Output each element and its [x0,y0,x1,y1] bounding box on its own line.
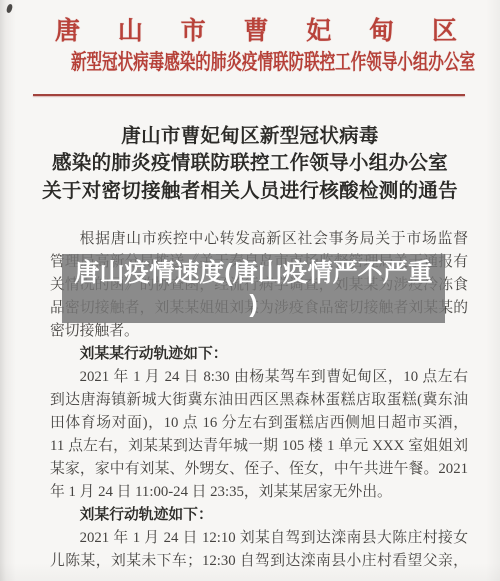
letterhead-subtitle-wrap: 新型冠状病毒感染的肺炎疫情联防联控工作领导小组办公室 [0,46,500,76]
body-line: 密切接触者。 [50,320,468,343]
body-heading-line: 刘某行动轨迹如下： [50,504,468,527]
letterhead-org-name-char: 唐 [55,11,80,47]
caption-overlay-line1: 唐山疫情速度(唐山疫情严不严重 [74,258,432,289]
body-line: 年 1 月 24 日 11:00-24 日 23:35，刘某某居家无外出。 [50,481,468,504]
letterhead-org-name: 唐山市曹妃甸区 [55,11,457,41]
letterhead-org-name-char: 山 [118,11,143,47]
letterhead-subtitle: 新型冠状病毒感染的肺炎疫情联防联控工作领导小组办公室 [71,46,475,76]
letterhead-org-name-char: 曹 [243,11,268,47]
body-heading-line: 刘某某行动轨迹如下： [50,343,468,366]
caption-overlay-line2: ) [249,289,257,320]
body-line: 儿陈某，刘某未下车；12:30 自驾到达滦南县小庄村看望父亲， [50,550,468,573]
body-line: 2021 年 1 月 24 日 8:30 由杨某驾车到曹妃甸区，10 点左右 [50,366,468,389]
body-line: 某家，家中有刘某、外甥女、侄子、侄女，中午共进午餐。2021 [50,458,468,481]
body-line: 根据唐山市疾控中心转发高新区社会事务局关于市场监督 [50,228,468,251]
letterhead-org-name-char: 甸 [369,11,394,47]
letterhead-divider-rule [33,94,465,96]
document-title-line: 关于对密切接触者相关人员进行核酸检测的通告 [0,178,500,205]
document-title: 唐山市曹妃甸区新型冠状病毒感染的肺炎疫情联防联控工作领导小组办公室关于对密切接触… [0,123,500,205]
scanned-notice-document: 唐山市曹妃甸区 新型冠状病毒感染的肺炎疫情联防联控工作领导小组办公室 唐山市曹妃… [0,0,500,581]
scan-speck [6,3,14,13]
caption-overlay: 唐山疫情速度(唐山疫情严不严重 ) [62,254,445,323]
document-title-line: 感染的肺炎疫情联防联控工作领导小组办公室 [0,150,500,177]
letterhead-org-name-char: 妃 [306,11,331,47]
body-line: 2021 年 1 月 24 日 12:10 刘某自驾到达滦南县大陈庄村接女 [50,527,468,550]
body-line: 田体育场对面)，10 点 16 分左右到蛋糕店西侧旭日超市买酒， [50,412,468,435]
body-line: 到达唐海镇新城大街冀东油田西区黑森林蛋糕店取蛋糕(冀东油 [50,389,468,412]
letterhead-org-name-char: 市 [181,11,206,47]
letterhead-org-name-char: 区 [432,11,457,47]
body-line: 11 点左右，刘某某到达青年城一期 105 楼 1 单元 XXX 室姐姐刘 [50,435,468,458]
document-title-line: 唐山市曹妃甸区新型冠状病毒 [0,123,500,150]
